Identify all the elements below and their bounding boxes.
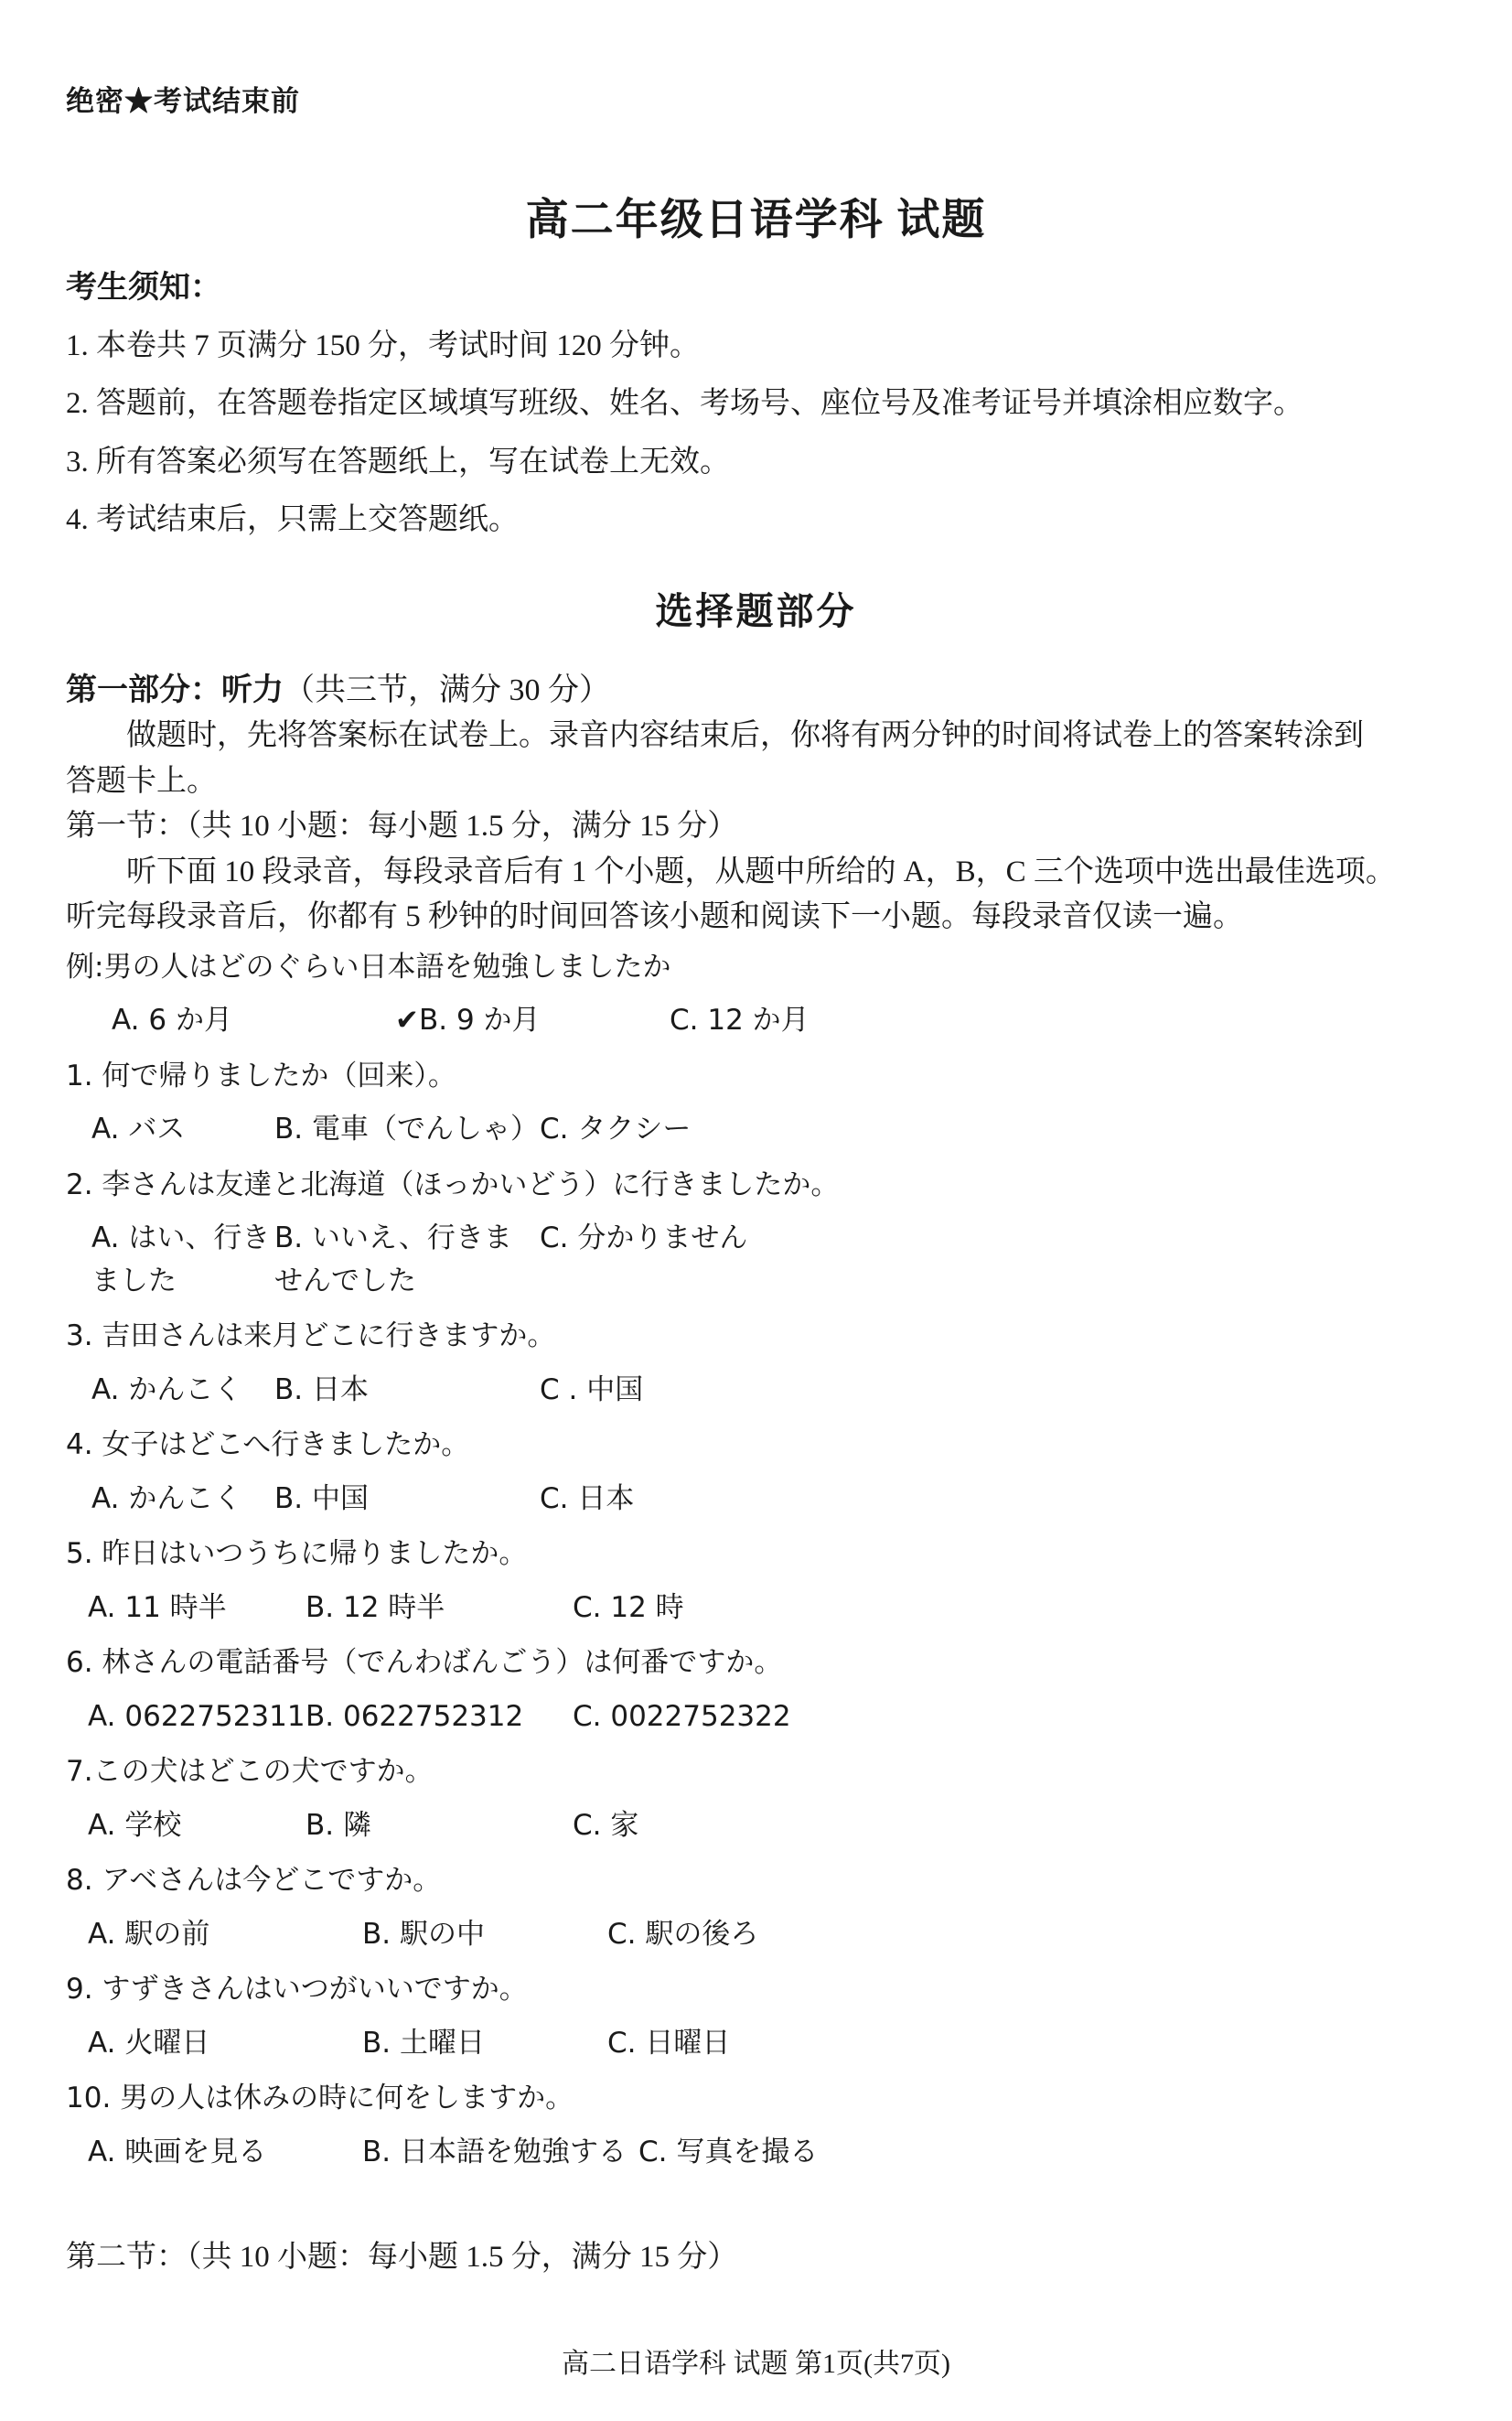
section1-intro-line1: 听下面 10 段录音，每段录音后有 1 个小题，从题中所给的 A，B，C 三个选…	[66, 850, 1446, 896]
option-c: C. 日曜日	[607, 2022, 1446, 2065]
option-c: C. 駅の後ろ	[607, 1913, 1446, 1956]
option-b: B. 土曜日	[362, 2022, 607, 2065]
option-a: A. 映画を見る	[88, 2131, 362, 2174]
question-text: 4. 女子はどこへ行きましたか。	[66, 1424, 1446, 1467]
notice-section: 考生须知： 1. 本卷共 7 页满分 150 分，考试时间 120 分钟。 2.…	[66, 264, 1446, 543]
option-b: B. 12 時半	[306, 1587, 573, 1630]
option-c: C. 0022752322	[573, 1695, 1446, 1738]
options-row: A. 11 時半 B. 12 時半 C. 12 時	[66, 1587, 1446, 1630]
part1-heading-note: （共三节，满分 30 分）	[284, 673, 610, 707]
option-c: C. 家	[573, 1804, 1446, 1847]
question-text: 1. 何で帰りましたか（回来）。	[66, 1055, 1446, 1098]
question-text: 9. すずきさんはいつがいいですか。	[66, 1968, 1446, 2011]
option-a: A. 6 か月	[112, 999, 395, 1042]
options-row: A. バス B. 電車（でんしゃ） C. タクシー	[66, 1108, 1446, 1151]
option-c: C. 日本	[540, 1478, 1446, 1521]
question-text: 2. 李さんは友達と北海道（ほっかいどう）に行きましたか。	[66, 1164, 1446, 1207]
notice-item: 4. 考试结束后，只需上交答题纸。	[66, 498, 1446, 543]
option-c: C. タクシー	[540, 1108, 1446, 1151]
option-a: A. 駅の前	[88, 1913, 362, 1956]
option-b: B. 0622752312	[306, 1695, 573, 1738]
option-b: B. 駅の中	[362, 1913, 607, 1956]
option-a: A. 11 時半	[88, 1587, 306, 1630]
option-c: C. 写真を撮る	[638, 2131, 1446, 2174]
option-c: C . 中国	[540, 1369, 1446, 1412]
notice-item: 2. 答题前，在答题卷指定区域填写班级、姓名、考场号、座位号及准考证号并填涂相应…	[66, 382, 1446, 427]
question-text: 8. アベさんは今どこですか。	[66, 1859, 1446, 1902]
option-b: B. 隣	[306, 1804, 573, 1847]
page-title: 高二年级日语学科 试题	[66, 195, 1446, 246]
option-a: A. はい、行きました	[91, 1217, 274, 1302]
option-a: A. バス	[91, 1108, 274, 1151]
option-b: B. 日本語を勉強する	[362, 2131, 638, 2174]
option-a: A. 火曜日	[88, 2022, 362, 2065]
question-text: 10. 男の人は休みの時に何をしますか。	[66, 2077, 1446, 2120]
options-row: A. 映画を見る B. 日本語を勉強する C. 写真を撮る	[66, 2131, 1446, 2174]
option-a: A. 学校	[88, 1804, 306, 1847]
options-row: A. かんこく B. 日本 C . 中国	[66, 1369, 1446, 1412]
option-b: B. 中国	[274, 1478, 540, 1521]
choice-section-heading: 选择题部分	[66, 584, 1446, 640]
secrecy-label: 绝密★考试结束前	[66, 81, 1446, 124]
exam-page: 绝密★考试结束前 高二年级日语学科 试题 考生须知： 1. 本卷共 7 页满分 …	[0, 0, 1512, 2421]
question-text: 6. 林さんの電話番号（でんわばんごう）は何番ですか。	[66, 1641, 1446, 1684]
section1-heading: 第一节：（共 10 小题：每小题 1.5 分，满分 15 分）	[66, 804, 1446, 850]
part1-heading-title: 第一部分：听力	[66, 673, 284, 707]
notice-item: 3. 所有答案必须写在答题纸上，写在试卷上无效。	[66, 440, 1446, 486]
options-row: A. 0622752311 B. 0622752312 C. 002275232…	[66, 1695, 1446, 1738]
example-question: 例:男の人はどのぐらい日本語を勉強しましたか	[66, 946, 1446, 989]
option-a: A. かんこく	[91, 1478, 274, 1521]
options-row: A. はい、行きました B. いいえ、行きませんでした C. 分かりません	[66, 1217, 1446, 1302]
option-b-checked: ✔B. 9 か月	[395, 999, 670, 1042]
section2-heading: 第二节：（共 10 小题：每小题 1.5 分，满分 15 分）	[66, 2235, 1446, 2281]
part1-intro-line2: 答题卡上。	[66, 759, 1446, 805]
option-c: C. 12 か月	[670, 999, 1446, 1042]
notice-item: 1. 本卷共 7 页满分 150 分，考试时间 120 分钟。	[66, 324, 1446, 370]
option-c: C. 分かりません	[540, 1217, 1446, 1260]
question-text: 3. 吉田さんは来月どこに行きますか。	[66, 1315, 1446, 1358]
question-text: 5. 昨日はいつうちに帰りましたか。	[66, 1533, 1446, 1576]
page-footer: 高二日语学科 试题 第1页(共7页)	[66, 2343, 1446, 2384]
notice-heading: 考生须知：	[66, 264, 1446, 311]
option-c: C. 12 時	[573, 1587, 1446, 1630]
option-a: A. 0622752311	[88, 1695, 306, 1738]
option-b: B. 電車（でんしゃ）	[274, 1108, 540, 1151]
part1-intro-line1: 做题时，先将答案标在试卷上。录音内容结束后，你将有两分钟的时间将试卷上的答案转涂…	[66, 714, 1446, 759]
question-text: 7.この犬はどこの犬ですか。	[66, 1750, 1446, 1793]
part1-heading: 第一部分：听力（共三节，满分 30 分）	[66, 667, 1446, 714]
option-a: A. かんこく	[91, 1369, 274, 1412]
options-row: A. 火曜日 B. 土曜日 C. 日曜日	[66, 2022, 1446, 2065]
option-b: B. 日本	[274, 1369, 540, 1412]
options-row: A. 駅の前 B. 駅の中 C. 駅の後ろ	[66, 1913, 1446, 1956]
example-options-row: A. 6 か月 ✔B. 9 か月 C. 12 か月	[66, 999, 1446, 1042]
option-b: B. いいえ、行きませんでした	[274, 1217, 540, 1302]
options-row: A. かんこく B. 中国 C. 日本	[66, 1478, 1446, 1521]
section1-intro-line2: 听完每段录音后，你都有 5 秒钟的时间回答该小题和阅读下一小题。每段录音仅读一遍…	[66, 895, 1446, 941]
options-row: A. 学校 B. 隣 C. 家	[66, 1804, 1446, 1847]
